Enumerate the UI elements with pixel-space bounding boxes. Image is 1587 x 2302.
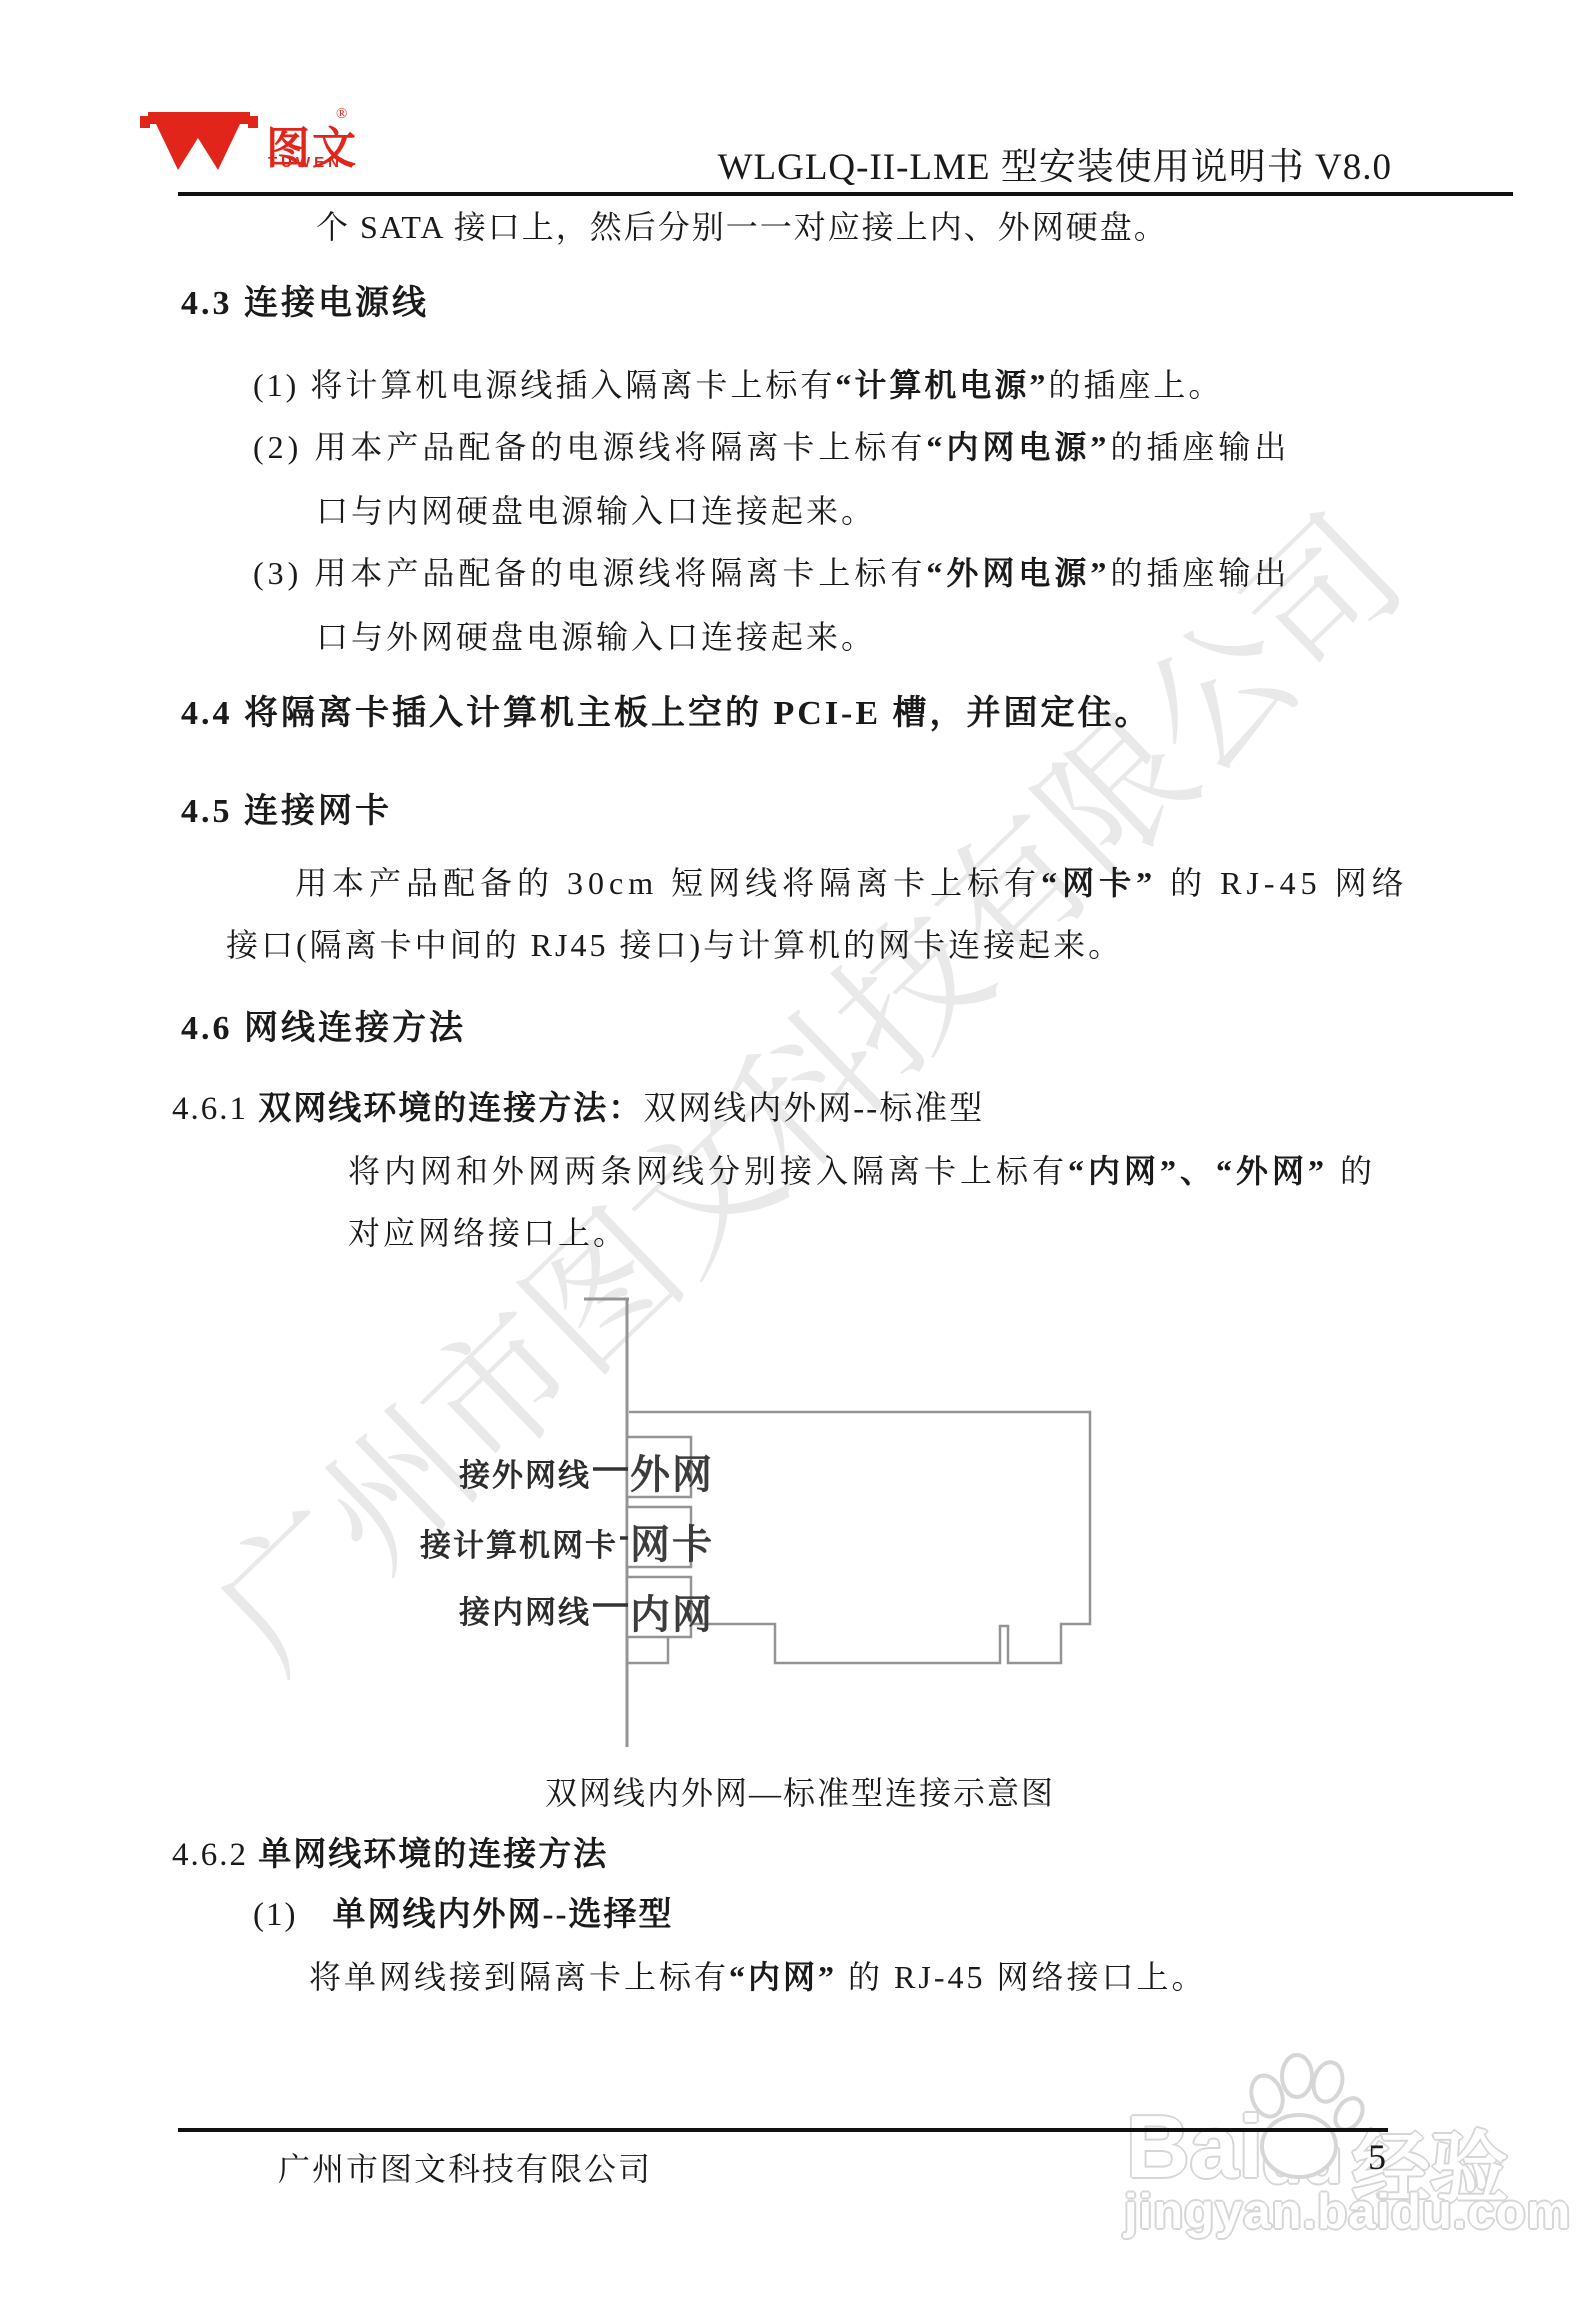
text-segment: 的: [1328, 1153, 1376, 1189]
item-3-line2: 口与外网硬盘电源输入口连接起来。: [316, 618, 876, 656]
para-4-6-1-line1: 将内网和外网两条网线分别接入隔离卡上标有“内网”、“外网” 的: [348, 1152, 1376, 1190]
text-segment: (1): [253, 1897, 332, 1933]
item-2-line1: (2) 用本产品配备的电源线将隔离卡上标有“内网电源”的插座输出: [253, 428, 1290, 466]
footer-company: 广州市图文科技有限公司: [278, 2144, 652, 2190]
text-segment: 单网线环境的连接方法: [258, 1837, 608, 1873]
text-segment: 4.6.1: [172, 1091, 258, 1127]
text-segment: 4.3 连接电源线: [181, 285, 429, 322]
text-segment: 个 SATA 接口上，然后分别一一对应接上内、外网硬盘。: [316, 209, 1168, 245]
text-segment: 4.6.2: [172, 1837, 258, 1873]
text-segment: (3) 用本产品配备的电源线将隔离卡上标有: [253, 555, 926, 591]
text-segment: 将单网线接到隔离卡上标有: [309, 1959, 729, 1995]
header-rule: [178, 192, 1513, 196]
text-segment: 的插座输出: [1110, 429, 1290, 465]
text-segment: 的 RJ-45 网络: [1157, 865, 1408, 901]
heading-4-5: 4.5 连接网卡: [181, 792, 392, 833]
text-segment: 4.5 连接网卡: [181, 793, 392, 830]
port-label-wan: 外网: [630, 1443, 714, 1500]
item-1: (1) 将计算机电源线插入隔离卡上标有“计算机电源”的插座上。: [253, 366, 1223, 404]
para-4-5-line1: 用本产品配备的 30cm 短网线将隔离卡上标有“网卡” 的 RJ-45 网络: [295, 864, 1409, 902]
text-segment: 的 RJ-45 网络接口上。: [837, 1959, 1206, 1995]
page-number: 5: [1368, 2136, 1386, 2178]
document-body: 个 SATA 接口上，然后分别一一对应接上内、外网硬盘。4.3 连接电源线(1)…: [0, 0, 1587, 2302]
text-segment: 接口(隔离卡中间的 RJ45 接口)与计算机的网卡连接起来。: [226, 927, 1123, 963]
document-page: 广州市图文科技有限公司 Bai du 经验 jingyan.baidu.com …: [0, 0, 1587, 2302]
text-segment: 单网线内外网--选择型: [332, 1897, 673, 1933]
text-segment: 4.6 网线连接方法: [181, 1010, 466, 1047]
leader-label-lan: 接内网线: [380, 1587, 591, 1632]
heading-4-4: 4.4 将隔离卡插入计算机主板上空的 PCI-E 槽，并固定住。: [181, 694, 1152, 735]
text-segment: 4.4 将隔离卡插入计算机主板上空的 PCI-E 槽，并固定住。: [181, 695, 1152, 732]
text-segment: 的插座上。: [1048, 367, 1223, 403]
text-segment: 双网线内外网--标准型: [643, 1091, 984, 1127]
footer-rule: [178, 2128, 1388, 2132]
figure-caption: 双网线内外网—标准型连接示意图: [420, 1774, 1180, 1812]
para-sata: 个 SATA 接口上，然后分别一一对应接上内、外网硬盘。: [316, 208, 1168, 246]
para-4-6-2: 将单网线接到隔离卡上标有“内网” 的 RJ-45 网络接口上。: [309, 1958, 1207, 1996]
heading-4-6: 4.6 网线连接方法: [181, 1009, 466, 1050]
text-segment: (2) 用本产品配备的电源线将隔离卡上标有: [253, 429, 926, 465]
leader-label-nic: 接计算机网卡: [380, 1520, 618, 1565]
item-2-line2: 口与内网硬盘电源输入口连接起来。: [316, 492, 876, 530]
para-4-5-line2: 接口(隔离卡中间的 RJ45 接口)与计算机的网卡连接起来。: [226, 926, 1123, 964]
text-segment: “网卡”: [1041, 865, 1157, 901]
subitem-1: (1) 单网线内外网--选择型: [253, 1896, 673, 1936]
text-segment: “内网”: [729, 1959, 837, 1995]
text-segment: 用本产品配备的 30cm 短网线将隔离卡上标有: [295, 865, 1041, 901]
para-4-6-1-line2: 对应网络接口上。: [348, 1214, 628, 1252]
text-segment: 口与内网硬盘电源输入口连接起来。: [316, 493, 876, 529]
text-segment: “内网电源”: [926, 429, 1110, 465]
text-segment: 将内网和外网两条网线分别接入隔离卡上标有: [348, 1153, 1068, 1189]
text-segment: 双网线环境的连接方法：: [258, 1091, 643, 1127]
text-segment: 对应网络接口上。: [348, 1215, 628, 1251]
heading-4-6-1: 4.6.1 双网线环境的连接方法：双网线内外网--标准型: [172, 1090, 984, 1130]
text-segment: 双网线内外网—标准型连接示意图: [545, 1775, 1055, 1811]
text-segment: “计算机电源”: [835, 367, 1048, 403]
heading-4-6-2: 4.6.2 单网线环境的连接方法: [172, 1836, 608, 1876]
text-segment: 的插座输出: [1110, 555, 1290, 591]
leader-label-wan: 接外网线: [380, 1450, 591, 1495]
text-segment: 口与外网硬盘电源输入口连接起来。: [316, 619, 876, 655]
port-label-lan: 内网: [630, 1583, 714, 1640]
heading-4-3: 4.3 连接电源线: [181, 284, 429, 325]
item-3-line1: (3) 用本产品配备的电源线将隔离卡上标有“外网电源”的插座输出: [253, 554, 1290, 592]
text-segment: (1) 将计算机电源线插入隔离卡上标有: [253, 367, 835, 403]
text-segment: “外网电源”: [926, 555, 1110, 591]
port-label-nic: 网卡: [630, 1513, 714, 1570]
text-segment: “内网”、“外网”: [1068, 1153, 1328, 1189]
